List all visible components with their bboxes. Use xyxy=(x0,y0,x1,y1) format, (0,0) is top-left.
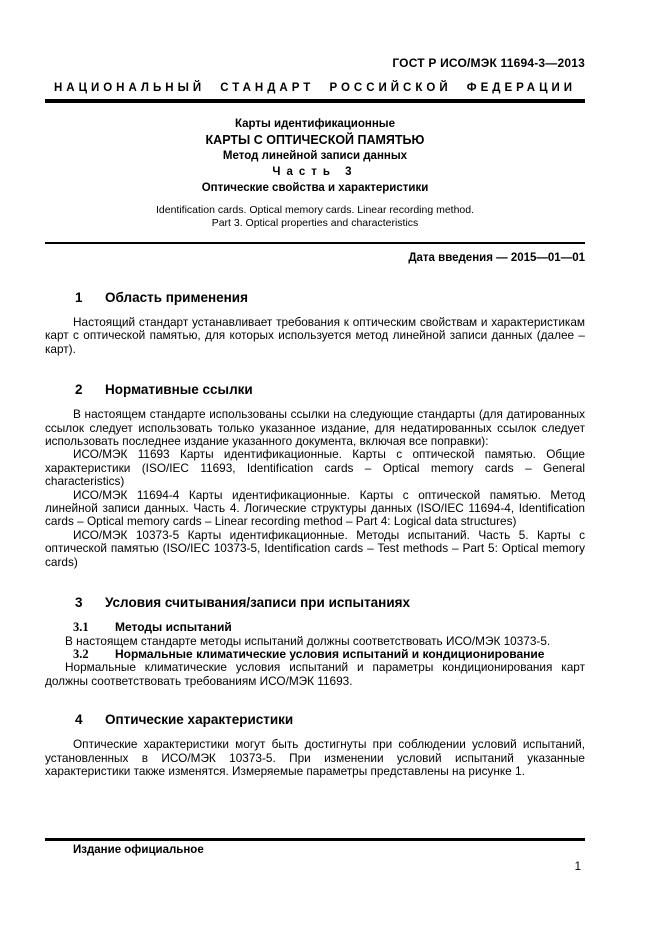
subsection-3-2-body: Нормальные климатические условия испытан… xyxy=(45,661,585,688)
title-block: Карты идентификационные КАРТЫ С ОПТИЧЕСК… xyxy=(45,117,585,230)
section-2-intro: В настоящем стандарте использованы ссылк… xyxy=(45,408,585,448)
standard-document-page: ГОСТ Р ИСО/МЭК 11694-3—2013 НАЦИОНАЛЬНЫЙ… xyxy=(0,0,661,936)
horizontal-rule xyxy=(45,242,585,244)
introduction-date: Дата введения — 2015—01—01 xyxy=(45,252,585,264)
section-2-heading: 2Нормативные ссылки xyxy=(75,382,585,398)
section-1-number: 1 xyxy=(75,290,105,306)
section-4-heading: 4Оптические характеристики xyxy=(75,712,585,728)
title-line-5: Оптические свойства и характеристики xyxy=(45,181,585,195)
page-content: ГОСТ Р ИСО/МЭК 11694-3—2013 НАЦИОНАЛЬНЫЙ… xyxy=(45,0,585,778)
section-1-title: Область применения xyxy=(105,290,248,305)
subsection-3-2-heading: 3.2Нормальные климатические условия испы… xyxy=(73,648,585,661)
normative-reference-3: ИСО/МЭК 10373-5 Карты идентификационные.… xyxy=(45,529,585,569)
section-3-number: 3 xyxy=(75,595,105,611)
subsection-3-1-body: В настоящем стандарте методы испытаний д… xyxy=(45,635,585,648)
normative-reference-1: ИСО/МЭК 11693 Карты идентификационные. К… xyxy=(45,448,585,488)
subsection-3-1-title: Методы испытаний xyxy=(115,620,232,634)
official-edition-label: Издание официальное xyxy=(73,844,585,856)
section-2-number: 2 xyxy=(75,382,105,398)
section-4-paragraph: Оптические характеристики могут быть дос… xyxy=(45,738,585,778)
section-4-title: Оптические характеристики xyxy=(105,712,293,727)
english-title: Identification cards. Optical memory car… xyxy=(45,204,585,230)
subsection-3-2-number: 3.2 xyxy=(73,648,115,661)
page-footer: Издание официальное 1 xyxy=(45,838,585,873)
title-line-3: Метод линейной записи данных xyxy=(45,149,585,163)
national-standard-banner: НАЦИОНАЛЬНЫЙ СТАНДАРТ РОССИЙСКОЙ ФЕДЕРАЦ… xyxy=(45,82,585,103)
page-number: 1 xyxy=(45,861,585,873)
title-line-1: Карты идентификационные xyxy=(45,117,585,131)
section-2-title: Нормативные ссылки xyxy=(105,382,253,397)
english-title-line-1: Identification cards. Optical memory car… xyxy=(45,204,585,217)
english-title-line-2: Part 3. Optical properties and character… xyxy=(45,217,585,230)
section-3-title: Условия считывания/записи при испытаниях xyxy=(105,595,410,610)
subsection-3-1-number: 3.1 xyxy=(73,621,115,634)
document-number: ГОСТ Р ИСО/МЭК 11694-3—2013 xyxy=(45,56,585,70)
section-1-heading: 1Область применения xyxy=(75,290,585,306)
section-3-heading: 3Условия считывания/записи при испытания… xyxy=(75,595,585,611)
section-1-paragraph: Настоящий стандарт устанавливает требова… xyxy=(45,316,585,356)
subsection-3-2-title: Нормальные климатические условия испытан… xyxy=(115,647,544,661)
title-line-2: КАРТЫ С ОПТИЧЕСКОЙ ПАМЯТЬЮ xyxy=(45,133,585,147)
subsection-3-1-heading: 3.1Методы испытаний xyxy=(73,621,585,634)
section-4-number: 4 xyxy=(75,712,105,728)
title-part-line: Часть 3 xyxy=(45,165,585,179)
normative-reference-2: ИСО/МЭК 11694-4 Карты идентификационные.… xyxy=(45,489,585,529)
